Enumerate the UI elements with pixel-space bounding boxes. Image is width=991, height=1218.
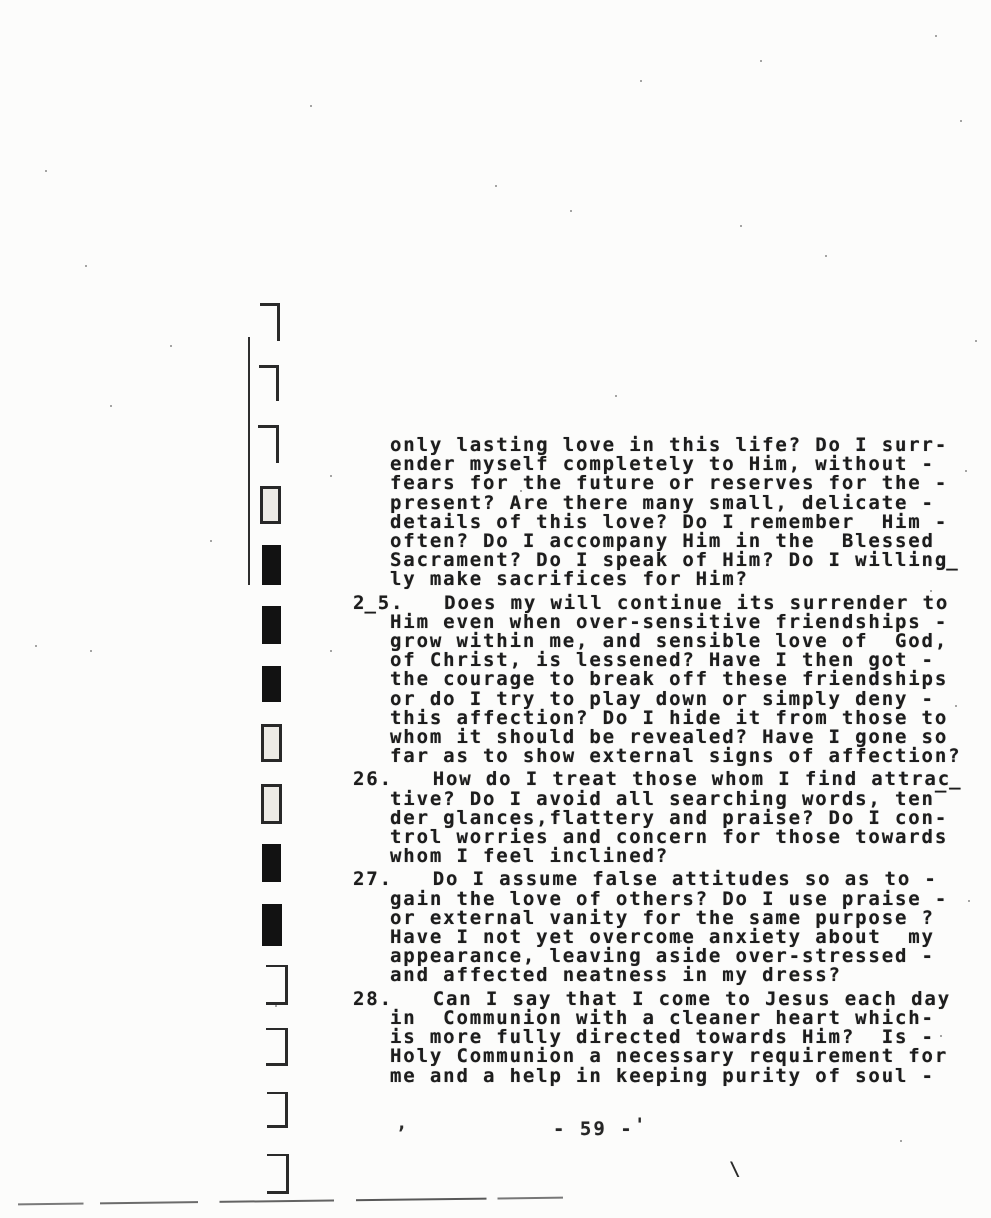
text-line: fears for the future or reserves for the… (353, 474, 968, 493)
speck-dot (90, 650, 92, 652)
stray-mark: , (396, 1112, 407, 1134)
speck-dot (110, 405, 112, 407)
binding-mark-corner (258, 425, 279, 463)
speck-dot (975, 340, 977, 342)
text-line: gain the love of others? Do I use praise… (353, 890, 968, 909)
paragraph-q28: 28. Can I say that I come to Jesus each … (353, 990, 968, 1086)
speck-dot (310, 105, 312, 107)
paragraph-q26: 26. How do I treat those whom I find att… (353, 770, 968, 866)
text-line: far as to show external signs of affecti… (353, 747, 968, 766)
text-line: 27. Do I assume false attitudes so as to… (353, 870, 968, 889)
speck-dot (210, 540, 212, 542)
binding-mark-solid (262, 606, 281, 644)
speck-dot (330, 650, 332, 652)
binding-mark-bracket (266, 1028, 288, 1066)
binding-mark-bracket (267, 1092, 288, 1128)
paragraph-intro: only lasting love in this life? Do I sur… (353, 436, 968, 590)
speck-dot (935, 35, 937, 37)
text-line: Holy Communion a necessary requirement f… (353, 1047, 968, 1066)
stray-mark: ' (634, 1114, 645, 1136)
scanned-document-page: only lasting love in this life? Do I sur… (0, 0, 991, 1218)
text-line: ly make sacrifices for Him? (353, 570, 968, 589)
speck-dot (170, 345, 172, 347)
text-line: 28. Can I say that I come to Jesus each … (353, 990, 968, 1009)
speck-dot (330, 475, 332, 477)
speck-dot (968, 900, 970, 902)
bottom-scan-line (18, 1197, 563, 1206)
text-line: 26. How do I treat those whom I find att… (353, 770, 968, 789)
speck-dot (85, 265, 87, 267)
text-line: me and a help in keeping purity of soul … (353, 1067, 968, 1086)
text-line: the courage to break off these friendshi… (353, 670, 968, 689)
text-line: whom I feel inclined? (353, 847, 968, 866)
speck-dot (570, 210, 572, 212)
speck-dot (930, 590, 932, 592)
text-line: tive? Do I avoid all searching words, te… (353, 790, 968, 809)
speck-dot (680, 940, 682, 942)
speck-dot (760, 60, 762, 62)
binding-mark-solid (262, 844, 281, 882)
speck-dot (965, 470, 967, 472)
speck-dot (955, 705, 957, 707)
speck-dot (825, 255, 827, 257)
text-line: present? Are there many small, delicate … (353, 494, 968, 513)
text-line: and affected neatness in my dress? (353, 966, 968, 985)
speck-dot (520, 490, 522, 492)
margin-scan-line (248, 337, 250, 585)
typewritten-text-block: only lasting love in this life? Do I sur… (353, 436, 968, 1086)
binding-mark-bracket (266, 965, 288, 1005)
binding-mark-corner (260, 303, 280, 341)
speck-dot (640, 80, 642, 82)
speck-dot (615, 395, 617, 397)
binding-mark-outline (261, 784, 282, 824)
paragraph-q25: 2̲5. Does my will continue its surrender… (353, 594, 968, 767)
binding-mark-solid (262, 904, 282, 946)
speck-dot (495, 185, 497, 187)
binding-mark-solid (262, 545, 281, 585)
binding-mark-outline (260, 486, 281, 524)
binding-mark-outline (261, 724, 282, 762)
binding-mark-corner (259, 365, 279, 401)
speck-dot (900, 1140, 902, 1142)
text-line: or do I try to play down or simply deny … (353, 690, 968, 709)
speck-dot (960, 120, 962, 122)
binding-mark-solid (262, 666, 281, 702)
text-line: 2̲5. Does my will continue its surrender… (353, 594, 968, 613)
speck-dot (740, 225, 742, 227)
page-number: - 59 - (553, 1118, 634, 1140)
speck-dot (35, 645, 37, 647)
speck-dot (940, 1035, 942, 1037)
paragraph-q27: 27. Do I assume false attitudes so as to… (353, 870, 968, 985)
speck-dot (275, 1005, 277, 1007)
binding-mark-bracket (267, 1154, 289, 1194)
stray-mark: \ (729, 1158, 740, 1180)
speck-dot (45, 170, 47, 172)
speck-dot (405, 680, 407, 682)
